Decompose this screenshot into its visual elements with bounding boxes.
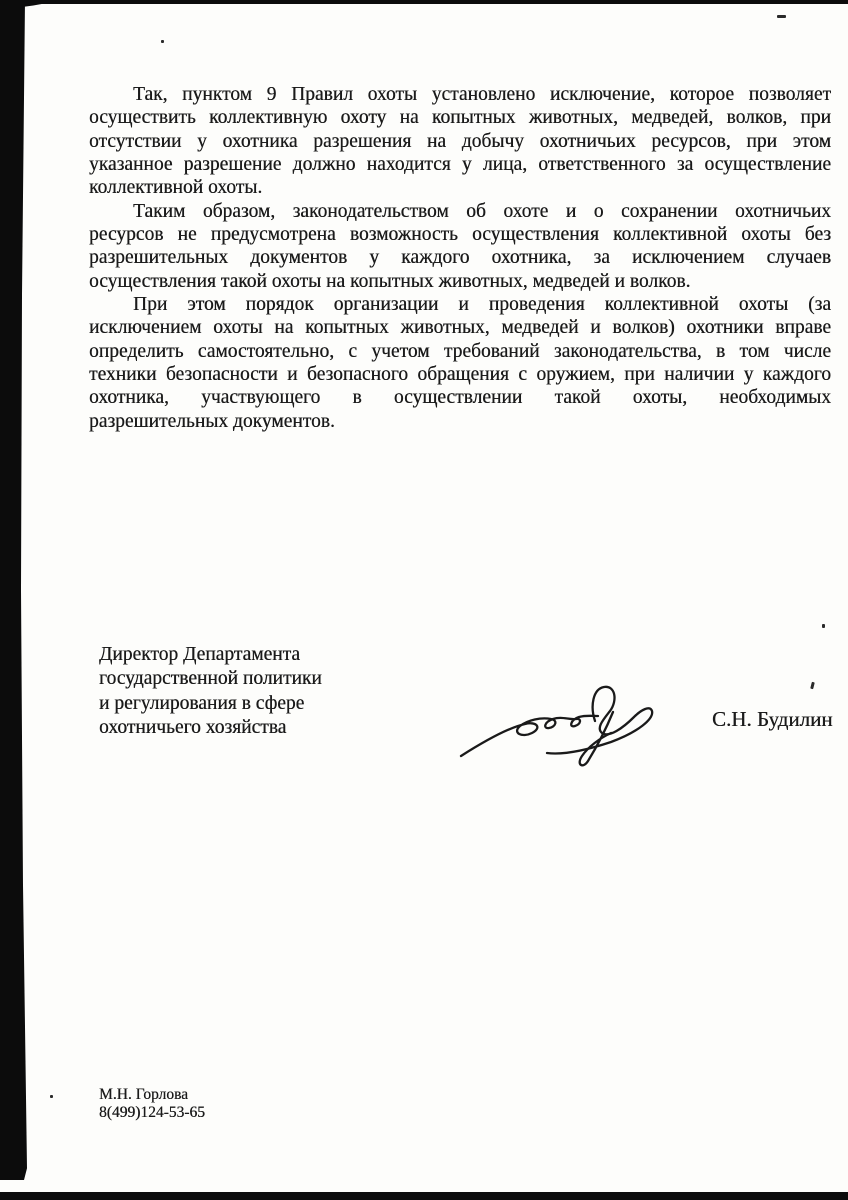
letter-body-text: Так, пунктом 9 Правил охоты установлено … <box>89 83 831 433</box>
text-line: разрешительных документов у каждого охот… <box>89 246 831 269</box>
paragraph: При этом порядок организации и проведени… <box>89 293 831 433</box>
text-line: указанное разрешение должно находится у … <box>89 153 831 176</box>
text-line: разрешительных документов. <box>89 410 831 433</box>
paragraph: Таким образом, законодательством об охот… <box>89 200 831 293</box>
text-line: техники безопасности и безопасного обращ… <box>89 363 831 386</box>
executor-phone: 8(499)124-53-65 <box>99 1104 205 1122</box>
scan-edge-top <box>0 0 848 4</box>
signatory-role-line: и регулирования в сфере <box>99 692 322 716</box>
scanned-letter-page: Так, пунктом 9 Правил охоты установлено … <box>0 0 848 1200</box>
text-line: осуществления такой охоты на копытных жи… <box>89 270 831 293</box>
scan-noise-speck <box>777 15 786 18</box>
handwritten-signature-icon <box>455 676 655 768</box>
scan-edge-left <box>0 0 28 1180</box>
signatory-role-line: Директор Департамента <box>99 643 322 667</box>
text-line: исключением охоты на копытных животных, … <box>89 316 831 339</box>
signatory-role-line: государственной политики <box>99 667 322 691</box>
text-line: осуществить коллективную охоту на копытн… <box>89 106 831 129</box>
text-line: Таким образом, законодательством об охот… <box>89 200 831 223</box>
text-line: отсутствии у охотника разрешения на добы… <box>89 130 831 153</box>
scan-noise-speck <box>810 682 815 690</box>
scan-noise-speck <box>822 624 825 628</box>
executor-name: М.Н. Горлова <box>99 1086 205 1104</box>
text-line: охотника, участвующего в осуществлении т… <box>89 386 831 409</box>
signatory-role-line: охотничьего хозяйства <box>99 716 322 740</box>
text-line: коллективной охоты. <box>89 176 831 199</box>
scan-noise-speck <box>50 1095 53 1098</box>
scan-edge-bottom <box>0 1192 848 1200</box>
scan-noise-speck <box>161 40 164 43</box>
signatory-name: С.Н. Будилин <box>712 707 833 732</box>
signatory-role: Директор Департамента государственной по… <box>99 643 322 741</box>
text-line: определить самостоятельно, с учетом треб… <box>89 340 831 363</box>
paragraph: Так, пунктом 9 Правил охоты установлено … <box>89 83 831 200</box>
text-line: ресурсов не предусмотрена возможность ос… <box>89 223 831 246</box>
executor-footer: М.Н. Горлова 8(499)124-53-65 <box>99 1086 205 1121</box>
text-line: Так, пунктом 9 Правил охоты установлено … <box>89 83 831 106</box>
text-line: При этом порядок организации и проведени… <box>89 293 831 316</box>
